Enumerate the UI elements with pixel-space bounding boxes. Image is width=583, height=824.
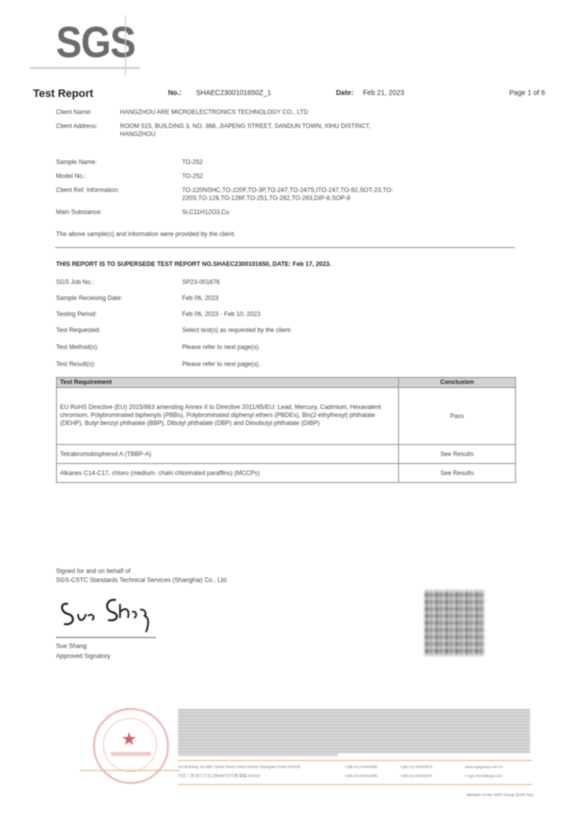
footer-web[interactable]: www.sgsgroup.com.cn — [465, 765, 503, 769]
footer-email[interactable]: e sgs.china@sgs.com — [465, 774, 502, 778]
client-name-label: Client Name: — [56, 109, 92, 117]
sample-name: TO-252 — [182, 159, 203, 167]
conclusion-cell: See Results — [399, 464, 516, 483]
test-requested: Select test(s) as requested by the clien… — [182, 327, 292, 335]
model-no-label: Model No.: — [56, 173, 86, 181]
footer-fax: f (86-21) 64953679 — [400, 765, 432, 769]
member-notice: Member of the SGS Group (SGS SA) — [467, 792, 533, 797]
official-seal-stamp: ★ — [93, 708, 169, 784]
supersede-text: THIS REPORT IS TO SUPERSEDE TEST REPORT … — [56, 261, 331, 269]
sgs-logo: SGS — [56, 18, 135, 68]
client-ref-label: Client Ref. Information: — [56, 187, 119, 195]
footer-accent — [80, 770, 180, 771]
report-no: SHAEC2300101650Z_1 — [196, 90, 271, 97]
report-header: Test Report No.: SHAEC2300101650Z_1 Date… — [33, 90, 553, 104]
signing-company: SGS-CSTC Standards Technical Services (S… — [56, 577, 228, 584]
job-no: SP23-001676 — [182, 279, 220, 287]
terms-fine-print — [178, 709, 530, 753]
model-no: TO-252 — [182, 173, 203, 181]
requirement-cell: Alkanes C14-C17, chloro (medium- chain c… — [57, 464, 399, 483]
signature-line — [56, 637, 156, 638]
main-substance-label: Main Substance: — [56, 209, 102, 217]
client-address-line2: HANGZHOU — [120, 131, 155, 139]
report-title: Test Report — [33, 88, 93, 100]
test-results: Please refer to next page(s). — [182, 361, 260, 369]
signatory-name: Sue Shang — [56, 643, 87, 650]
page-indicator: Page 1 of 6 — [509, 90, 545, 97]
receiving-date: Feb 06, 2023 — [182, 295, 218, 303]
fine-print-tail — [178, 753, 338, 756]
job-no-label: SGS Job No.: — [56, 279, 94, 287]
footer-address-en: 3rd Building, No.889 Yishan Road Xuhui D… — [178, 765, 300, 769]
footer-fax-2: f (86-21) 64953679 — [400, 774, 432, 778]
requirement-cell: EU RoHS Directive (EU) 2015/863 amending… — [57, 388, 399, 445]
sample-name-label: Sample Name: — [56, 159, 97, 167]
test-requested-label: Test Requested: — [56, 327, 101, 335]
requirement-cell: Tetrabromobisphenol A (TBBP-A) — [57, 445, 399, 464]
qr-code[interactable] — [425, 590, 485, 656]
report-date: Feb 21, 2023 — [363, 90, 404, 97]
footer-rule-top — [178, 760, 532, 761]
table-row: Alkanes C14-C17, chloro (medium- chain c… — [57, 464, 516, 483]
section-divider — [55, 247, 515, 248]
col-conclusion: Conclusion — [399, 378, 516, 388]
signatory-title: Approved Signatory — [56, 653, 110, 660]
logo-divider — [125, 15, 126, 75]
conclusion-cell: See Results — [399, 445, 516, 464]
signed-on-behalf: Signed for and on behalf of — [56, 568, 130, 575]
client-ref-line1: TO-220NSHC,TO-220F,TO-3P,TO-247,TO-247S,… — [182, 187, 393, 195]
test-methods-label: Test Method(s): — [56, 344, 99, 352]
table-row: Tetrabromobisphenol A (TBBP-A) See Resul… — [57, 445, 516, 464]
client-address-label: Client Address: — [56, 123, 98, 131]
footer-address-cn: 中国 上海 徐汇区宜山路889号3号楼 邮编 200233 — [178, 774, 260, 779]
table-row: EU RoHS Directive (EU) 2015/863 amending… — [57, 388, 516, 445]
conclusion-cell: Pass — [399, 388, 516, 445]
client-address-line1: ROOM 515, BUILDING 3, NO. 368, JIAPENG S… — [120, 123, 370, 131]
date-label: Date: — [336, 90, 354, 97]
test-methods: Please refer to next page(s). — [182, 344, 260, 352]
footer-rule-bottom — [178, 784, 532, 785]
col-test-requirement: Test Requirement — [57, 378, 399, 388]
handwritten-signature — [58, 592, 158, 634]
report-no-label: No.: — [168, 90, 182, 97]
test-results-label: Test Result(s): — [56, 361, 96, 369]
footer-phone-2: t (86-21) 61402666 — [345, 774, 377, 778]
test-requirement-table: Test Requirement Conclusion EU RoHS Dire… — [56, 377, 516, 483]
star-icon: ★ — [121, 730, 137, 748]
client-name: HANGZHOU ARE MICROELECTRONICS TECHNOLOGY… — [120, 109, 308, 117]
receiving-date-label: Sample Receiving Date: — [56, 295, 122, 303]
logo-underline — [30, 67, 140, 69]
footer-phone: t (86-21) 61402666 — [345, 765, 377, 769]
testing-period-label: Testing Period: — [56, 311, 97, 319]
testing-period: Feb 06, 2023 - Feb 10, 2023 — [182, 311, 260, 319]
client-ref-line2: 220S,TO-126,TO-126F,TO-251,TO-262,TO-263… — [182, 195, 350, 203]
main-substance: Si,C11H12O3,Cu — [182, 209, 229, 217]
sample-note-text: The above sample(s) and information were… — [56, 231, 236, 239]
